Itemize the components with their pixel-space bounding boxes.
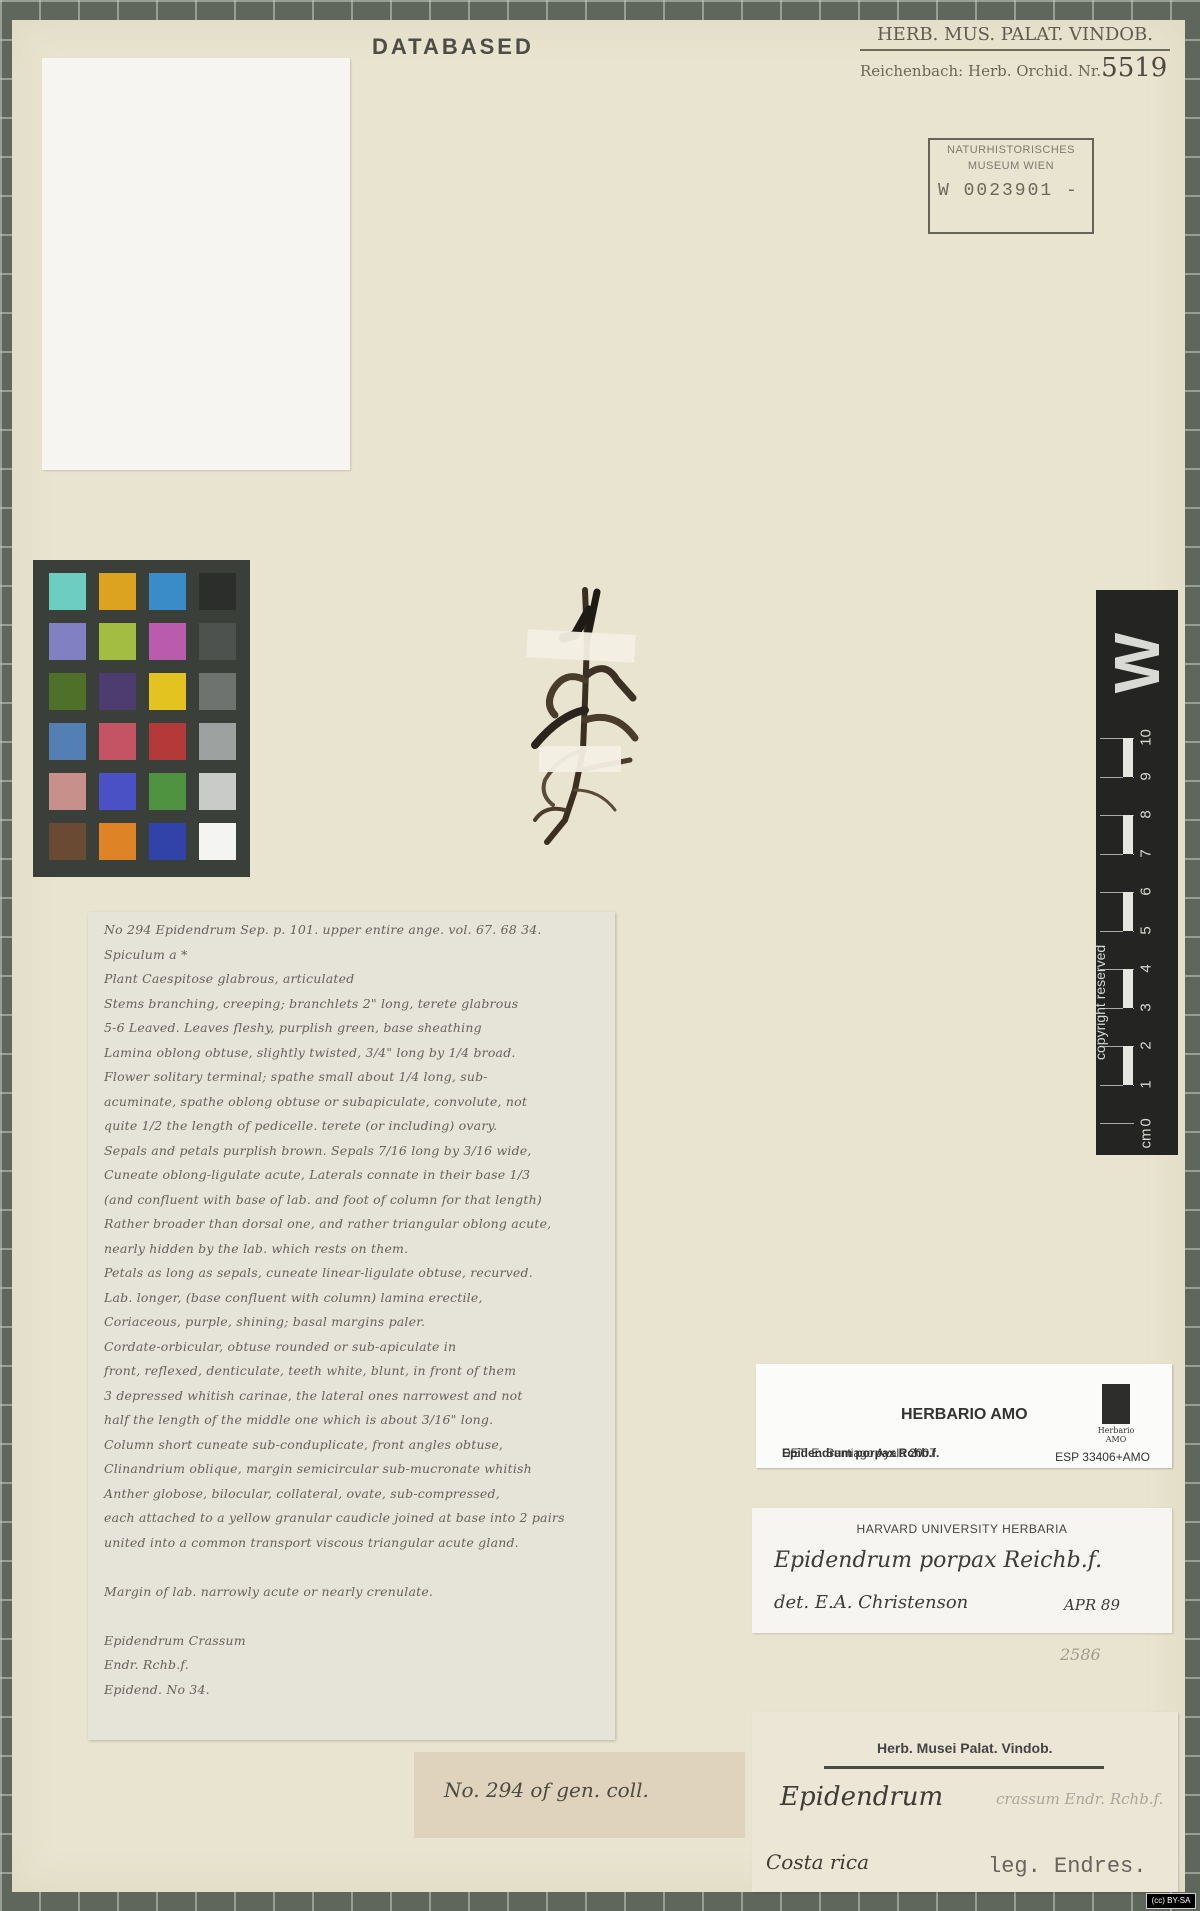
harvard-determiner: det. E.A. Christenson	[774, 1592, 968, 1613]
vindob-rule	[824, 1766, 1104, 1769]
institution-logo-w: W	[1104, 630, 1170, 696]
color-swatch	[49, 723, 86, 760]
note-line: Lamina oblong obtuse, slightly twisted, …	[104, 1045, 516, 1060]
note-line: united into a common transport viscous t…	[104, 1535, 519, 1550]
color-swatch	[199, 823, 236, 860]
color-swatch	[49, 773, 86, 810]
note-line: quite 1/2 the length of pedicelle. teret…	[104, 1118, 497, 1133]
vindob-collector: leg. Endres.	[988, 1854, 1146, 1879]
color-swatch	[99, 823, 136, 860]
scale-number: 7	[1138, 843, 1155, 863]
note-line: Endr. Rchb.f.	[104, 1657, 189, 1672]
collector-number: No. 294 of gen. coll.	[444, 1778, 649, 1802]
color-swatch	[99, 773, 136, 810]
pencil-number: 2586	[1060, 1645, 1101, 1664]
note-line: Epidend. No 34.	[104, 1682, 210, 1697]
vindob-header: Herb. Musei Palat. Vindob.	[877, 1740, 1053, 1756]
scale-tick	[1100, 1123, 1134, 1124]
herbarium-prefix: Reichenbach: Herb. Orchid. Nr.	[860, 62, 1101, 80]
scale-number: 10	[1138, 728, 1155, 748]
color-swatch	[199, 623, 236, 660]
note-line: Petals as long as sepals, cuneate linear…	[104, 1265, 533, 1280]
note-line: (and confluent with base of lab. and foo…	[104, 1192, 542, 1207]
color-swatch	[199, 723, 236, 760]
color-calibration-chart	[33, 560, 250, 877]
scale-segment	[1123, 777, 1133, 816]
herbarium-number: 5519	[1101, 53, 1167, 83]
color-swatch	[199, 573, 236, 610]
color-swatch	[49, 823, 86, 860]
color-swatch	[149, 723, 186, 760]
note-line: No 294 Epidendrum Sep. p. 101. upper ent…	[104, 922, 542, 937]
color-swatch	[49, 623, 86, 660]
herbario-amo-label: HERBARIO AMO Herbario AMO Epidendrum por…	[756, 1364, 1172, 1468]
color-swatch	[49, 573, 86, 610]
color-swatch	[149, 673, 186, 710]
color-swatch	[199, 673, 236, 710]
scale-number: 3	[1138, 997, 1155, 1017]
color-swatch	[49, 673, 86, 710]
amo-accession: ESP 33406+AMO	[1055, 1450, 1150, 1464]
note-line: Spiculum a *	[104, 947, 188, 962]
note-line: Cuneate oblong-ligulate acute, Laterals …	[104, 1167, 530, 1182]
scale-number: 8	[1138, 805, 1155, 825]
note-line: Cordate-orbicular, obtuse rounded or sub…	[104, 1339, 456, 1354]
harvard-species: Epidendrum porpax Reichb.f.	[774, 1548, 1102, 1573]
institution-header-line1: HERB. MUS. PALAT. VINDOB.	[860, 18, 1170, 51]
note-line: Clinandrium oblique, margin semicircular…	[104, 1461, 532, 1476]
blank-white-card	[42, 58, 350, 470]
vindob-locality: Costa rica	[766, 1850, 869, 1874]
amo-logo-line1: Herbario	[1090, 1426, 1142, 1435]
copyright-text: copyright reserved	[1092, 860, 1108, 1060]
color-swatch	[199, 773, 236, 810]
amo-title: HERBARIO AMO	[901, 1406, 1028, 1424]
vindob-label: Herb. Musei Palat. Vindob. Epidendrum cr…	[752, 1712, 1178, 1892]
catalog-stamp: NATURHISTORISCHES MUSEUM WIEN W 0023901 …	[928, 138, 1094, 234]
note-line: Sepals and petals purplish brown. Sepals…	[104, 1143, 532, 1158]
color-swatch	[99, 723, 136, 760]
note-line: Lab. longer, (base confluent with column…	[104, 1290, 483, 1305]
scale-number: 5	[1138, 920, 1155, 940]
scale-strip	[1123, 738, 1133, 1123]
scale-segment	[1123, 854, 1133, 893]
vindob-faint-annotation: crassum Endr. Rchb.f.	[996, 1790, 1163, 1808]
museum-name-line2: MUSEUM WIEN	[930, 160, 1092, 172]
note-line: nearly hidden by the lab. which rests on…	[104, 1241, 408, 1256]
license-badge[interactable]: (cc) BY-SA	[1146, 1893, 1196, 1909]
color-swatch	[99, 673, 136, 710]
note-line: acuminate, spathe oblong obtuse or subap…	[104, 1094, 527, 1109]
herbario-amo-logo-icon	[1102, 1384, 1130, 1424]
museum-name-line1: NATURHISTORISCHES	[930, 144, 1092, 156]
harvard-label: HARVARD UNIVERSITY HERBARIA Epidendrum p…	[752, 1508, 1172, 1633]
scale-number: 4	[1138, 959, 1155, 979]
scale-number: 1	[1138, 1074, 1155, 1094]
note-line: 3 depressed whitish carinae, the lateral…	[104, 1388, 523, 1403]
color-swatch	[99, 573, 136, 610]
color-swatch	[99, 623, 136, 660]
note-line: Margin of lab. narrowly acute or nearly …	[104, 1584, 433, 1599]
scale-segment	[1123, 1008, 1133, 1047]
scale-segment	[1123, 1085, 1133, 1124]
scale-segment	[1123, 931, 1133, 970]
scale-bar: W 012345678910 cm copyright reserved	[1096, 590, 1178, 1155]
color-swatch	[149, 573, 186, 610]
mounting-tape-bottom	[539, 746, 621, 772]
color-swatch	[149, 823, 186, 860]
note-line: Stems branching, creeping; branchlets 2"…	[104, 996, 518, 1011]
note-line: front, reflexed, denticulate, teeth whit…	[104, 1363, 516, 1378]
note-line: Rather broader than dorsal one, and rath…	[104, 1216, 551, 1231]
note-line: Plant Caespitose glabrous, articulated	[104, 971, 354, 986]
plant-specimen-icon	[505, 580, 670, 845]
note-line: Coriaceous, purple, shining; basal margi…	[104, 1314, 425, 1329]
note-line: Epidendrum Crassum	[104, 1633, 246, 1648]
note-line: Flower solitary terminal; spathe small a…	[104, 1069, 488, 1084]
mounting-tape-top	[526, 629, 635, 663]
institution-header: HERB. MUS. PALAT. VINDOB. Reichenbach: H…	[860, 18, 1190, 83]
note-line: Column short cuneate sub-conduplicate, f…	[104, 1437, 503, 1452]
note-line: each attached to a yellow granular caudi…	[104, 1510, 565, 1525]
note-line: Anther globose, bilocular, collateral, o…	[104, 1486, 500, 1501]
scale-number: 6	[1138, 882, 1155, 902]
harvard-header: HARVARD UNIVERSITY HERBARIA	[752, 1522, 1172, 1536]
color-swatch	[149, 773, 186, 810]
scale-number: 2	[1138, 1036, 1155, 1056]
scale-number: 9	[1138, 766, 1155, 786]
scale-unit: cm	[1138, 1129, 1155, 1149]
amo-determination: DET: E. Santiago Ayala 2007	[782, 1446, 936, 1460]
databased-stamp: DATABASED	[372, 34, 534, 60]
handwritten-description-note: No 294 Epidendrum Sep. p. 101. upper ent…	[88, 912, 615, 1740]
amo-logo-text: Herbario AMO	[1090, 1426, 1142, 1444]
harvard-date: APR 89	[1064, 1596, 1120, 1614]
color-swatch	[149, 623, 186, 660]
catalog-number: W 0023901 -	[938, 181, 1092, 201]
note-line: half the length of the middle one which …	[104, 1412, 493, 1427]
amo-logo-line2: AMO	[1090, 1435, 1142, 1444]
orchid-specimen	[505, 580, 670, 845]
vindob-genus: Epidendrum	[780, 1782, 943, 1812]
institution-header-line2: Reichenbach: Herb. Orchid. Nr.5519	[860, 53, 1190, 83]
note-line: 5-6 Leaved. Leaves fleshy, purplish gree…	[104, 1020, 482, 1035]
collector-number-label: No. 294 of gen. coll.	[414, 1752, 745, 1838]
